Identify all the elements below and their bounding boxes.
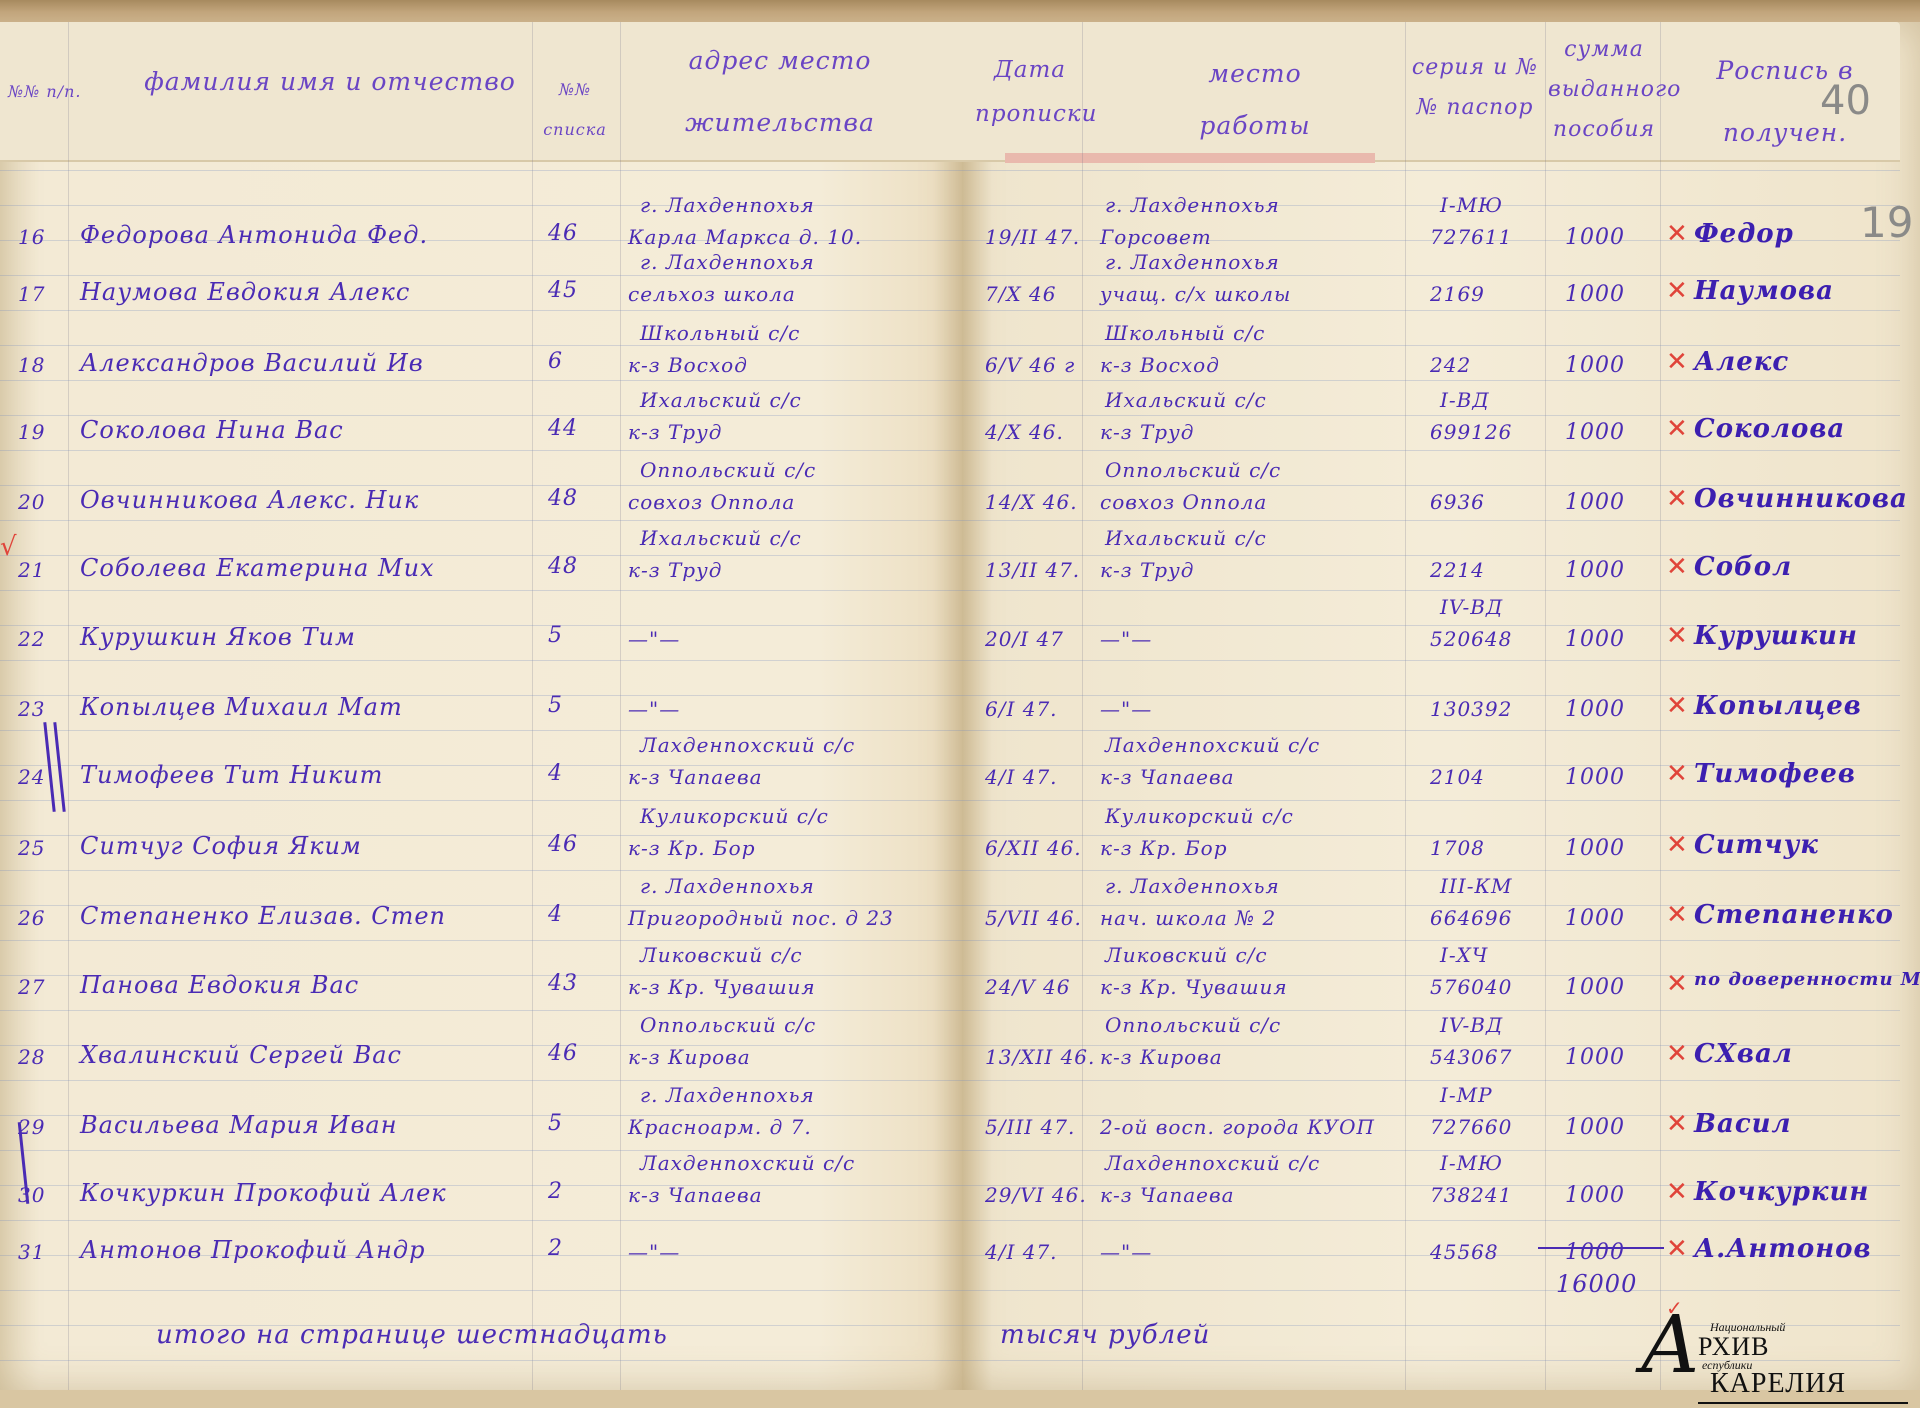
- address-line-2: —"—: [628, 697, 680, 721]
- row-number: 16: [18, 225, 45, 249]
- recipient-signature: Наумова: [1694, 276, 1834, 306]
- workplace-line-2: к-з Чапаева: [1100, 765, 1235, 789]
- workplace-line-1: Куликорский с/с: [1105, 804, 1294, 828]
- passport-number: 664696: [1430, 906, 1512, 930]
- list-number: 6: [548, 349, 563, 374]
- registration-date: 6/I 47.: [985, 697, 1058, 721]
- header-workplace: место работы: [1170, 48, 1340, 152]
- ruled-line: [0, 450, 1900, 451]
- recipient-signature: Кочкуркин: [1694, 1177, 1869, 1207]
- archive-logo-quill-line: [1698, 1402, 1908, 1404]
- passport-number: 2104: [1430, 765, 1485, 789]
- list-number: 5: [548, 693, 563, 718]
- address-line-1: Школьный с/с: [640, 321, 800, 345]
- address-line-1: Куликорский с/с: [640, 804, 829, 828]
- passport-number: 6936: [1430, 490, 1485, 514]
- benefit-amount: 1000: [1565, 975, 1625, 1000]
- workplace-line-2: к-з Восход: [1100, 353, 1220, 377]
- workplace-line-1: Школьный с/с: [1105, 321, 1265, 345]
- benefit-amount: 1000: [1565, 353, 1625, 378]
- red-x-mark: ✕: [1666, 759, 1688, 789]
- person-name: Степаненко Елизав. Степ: [80, 902, 446, 930]
- workplace-line-2: учащ. с/х школы: [1100, 282, 1291, 306]
- passport-series: IV-ВД: [1440, 1013, 1503, 1037]
- recipient-signature: Тимофеев: [1694, 759, 1856, 789]
- benefit-amount: 1000: [1565, 627, 1625, 652]
- red-x-mark: ✕: [1666, 969, 1688, 999]
- workplace-line-2: нач. школа № 2: [1100, 906, 1276, 930]
- benefit-amount: 1000: [1565, 282, 1625, 307]
- recipient-signature: Копылцев: [1694, 691, 1862, 721]
- address-line-1: г. Лахденпохья: [640, 1083, 815, 1107]
- passport-series: I-МР: [1440, 1083, 1493, 1107]
- row-number: 30: [18, 1183, 45, 1207]
- workplace-line-2: к-з Труд: [1100, 558, 1194, 582]
- person-name: Антонов Прокофий Андр: [80, 1236, 425, 1264]
- address-line-2: —"—: [628, 627, 680, 651]
- address-line-1: Ликовский с/с: [640, 943, 803, 967]
- red-x-mark: ✕: [1666, 830, 1688, 860]
- passport-series: III-КМ: [1440, 874, 1512, 898]
- benefit-amount: 1000: [1565, 420, 1625, 445]
- passport-series: I-МЮ: [1440, 193, 1503, 217]
- red-x-mark: ✕: [1666, 347, 1688, 377]
- recipient-signature: Овчинникова: [1694, 484, 1908, 514]
- list-number: 48: [548, 486, 578, 511]
- row-number: 31: [18, 1240, 45, 1264]
- row-number: 20: [18, 490, 45, 514]
- person-name: Александров Василий Ив: [80, 349, 424, 377]
- recipient-signature: Соколова: [1694, 414, 1845, 444]
- workplace-line-1: Ихальский с/с: [1105, 388, 1267, 412]
- total-underline: [1538, 1247, 1664, 1249]
- benefit-amount: 1000: [1565, 697, 1625, 722]
- row-number: 19: [18, 420, 45, 444]
- header-list-no: №№ списка: [530, 70, 620, 150]
- benefit-amount: 1000: [1565, 836, 1625, 861]
- address-line-1: Ихальский с/с: [640, 388, 802, 412]
- registration-date: 5/III 47.: [985, 1115, 1075, 1139]
- person-name: Ситчуг София Яким: [80, 832, 362, 860]
- person-name: Наумова Евдокия Алекс: [80, 278, 410, 306]
- recipient-signature: СХвал: [1694, 1039, 1793, 1069]
- workplace-line-2: к-з Кр. Чувашия: [1100, 975, 1288, 999]
- red-check-mark-row-21: √: [0, 532, 17, 562]
- address-line-1: г. Лахденпохья: [640, 250, 815, 274]
- address-line-2: к-з Чапаева: [628, 765, 763, 789]
- ruled-line: [0, 205, 1900, 206]
- red-x-mark: ✕: [1666, 900, 1688, 930]
- person-name: Соболева Екатерина Мих: [80, 554, 435, 582]
- red-x-mark: ✕: [1666, 1039, 1688, 1069]
- row-number: 25: [18, 836, 45, 860]
- list-number: 46: [548, 1041, 578, 1066]
- workplace-line-1: г. Лахденпохья: [1105, 193, 1280, 217]
- registration-date: 4/I 47.: [985, 765, 1058, 789]
- row-number: 17: [18, 282, 45, 306]
- workplace-line-1: Лахденпохский с/с: [1105, 1151, 1320, 1175]
- header-num: №№ п/п.: [8, 82, 81, 101]
- archive-logo-initial: А: [1640, 1298, 1701, 1391]
- row-number: 26: [18, 906, 45, 930]
- header-amount: сумма выданного пособия: [1548, 30, 1660, 150]
- recipient-signature: по доверенности Мартовинос: [1694, 969, 1920, 990]
- ruled-line: [0, 1010, 1900, 1011]
- row-number: 23: [18, 697, 45, 721]
- red-x-mark: ✕: [1666, 621, 1688, 651]
- benefit-amount: 1000: [1565, 765, 1625, 790]
- ruled-line: [0, 310, 1900, 311]
- passport-number: 1708: [1430, 836, 1485, 860]
- person-name: Соколова Нина Вас: [80, 416, 344, 444]
- passport-number: 520648: [1430, 627, 1512, 651]
- red-x-mark: ✕: [1666, 1109, 1688, 1139]
- workplace-line-2: 2-ой восп. города КУОП: [1100, 1115, 1375, 1139]
- workplace-line-1: г. Лахденпохья: [1105, 874, 1280, 898]
- list-number: 2: [548, 1236, 563, 1261]
- registration-date: 5/VII 46.: [985, 906, 1082, 930]
- address-line-2: к-з Кирова: [628, 1045, 751, 1069]
- benefit-amount: 1000: [1565, 490, 1625, 515]
- header-name: фамилия имя и отчество: [140, 58, 520, 106]
- list-number: 46: [548, 221, 578, 246]
- recipient-signature: Курушкин: [1694, 621, 1858, 651]
- passport-number: 576040: [1430, 975, 1512, 999]
- person-name: Хвалинский Сергей Вас: [80, 1041, 402, 1069]
- ruled-line: [0, 170, 1900, 171]
- ruled-line: [0, 275, 1900, 276]
- ruled-line: [0, 1360, 1900, 1361]
- red-x-mark: ✕: [1666, 484, 1688, 514]
- person-name: Курушкин Яков Тим: [80, 623, 356, 651]
- workplace-line-2: Горсовет: [1100, 225, 1212, 249]
- workplace-line-2: —"—: [1100, 697, 1152, 721]
- registration-date: 14/X 46.: [985, 490, 1078, 514]
- workplace-line-1: г. Лахденпохья: [1105, 250, 1280, 274]
- header-reg-date: Дата прописки: [975, 48, 1085, 136]
- list-number: 2: [548, 1179, 563, 1204]
- archive-logo: А Национальный РХИВ еспублики КАРЕЛИЯ: [1640, 1310, 1910, 1405]
- ruled-line: [0, 1220, 1900, 1221]
- recipient-signature: Васил: [1694, 1109, 1792, 1139]
- person-name: Панова Евдокия Вас: [80, 971, 359, 999]
- ruled-line: [0, 940, 1900, 941]
- address-line-1: Лахденпохский с/с: [640, 1151, 855, 1175]
- address-line-2: сельхоз школа: [628, 282, 796, 306]
- ruled-line: [0, 590, 1900, 591]
- passport-series: IV-ВД: [1440, 595, 1503, 619]
- passport-number: 2169: [1430, 282, 1485, 306]
- passport-number: 130392: [1430, 697, 1512, 721]
- list-number: 48: [548, 554, 578, 579]
- row-number: 27: [18, 975, 45, 999]
- workplace-line-2: к-з Кр. Бор: [1100, 836, 1228, 860]
- passport-number: 699126: [1430, 420, 1512, 444]
- archive-logo-line4: КАРЕЛИЯ: [1710, 1368, 1846, 1400]
- address-line-2: к-з Восход: [628, 353, 748, 377]
- address-line-2: —"—: [628, 1240, 680, 1264]
- benefit-amount: 1000: [1565, 1183, 1625, 1208]
- passport-series: I-МЮ: [1440, 1151, 1503, 1175]
- person-name: Овчинникова Алекс. Ник: [80, 486, 419, 514]
- recipient-signature: Алекс: [1694, 347, 1789, 377]
- benefit-amount: 1000: [1565, 558, 1625, 583]
- red-x-mark: ✕: [1666, 414, 1688, 444]
- ruled-line: [0, 870, 1900, 871]
- benefit-amount: 1000: [1565, 1045, 1625, 1070]
- address-line-2: Пригородный пос. д 23: [628, 906, 894, 930]
- workplace-line-1: Оппольский с/с: [1105, 1013, 1281, 1037]
- registration-date: 24/V 46: [985, 975, 1070, 999]
- address-line-2: Красноарм. д 7.: [628, 1115, 812, 1139]
- header-address: адрес место жительства: [640, 30, 920, 154]
- list-number: 44: [548, 416, 578, 441]
- ruled-line: [0, 730, 1900, 731]
- ruled-line: [0, 800, 1900, 801]
- ruled-line: [0, 345, 1900, 346]
- pink-paper-tab: [1005, 153, 1375, 163]
- recipient-signature: Степаненко: [1694, 900, 1894, 930]
- workplace-line-2: —"—: [1100, 1240, 1152, 1264]
- registration-date: 6/V 46 г: [985, 353, 1075, 377]
- passport-series: I-ВД: [1440, 388, 1490, 412]
- list-number: 43: [548, 971, 578, 996]
- registration-date: 7/X 46: [985, 282, 1057, 306]
- address-line-1: Оппольский с/с: [640, 458, 816, 482]
- workplace-line-2: к-з Кирова: [1100, 1045, 1223, 1069]
- passport-number: 2214: [1430, 558, 1485, 582]
- red-x-mark: ✕: [1666, 1177, 1688, 1207]
- address-line-1: Лахденпохский с/с: [640, 733, 855, 757]
- person-name: Васильева Мария Иван: [80, 1111, 398, 1139]
- address-line-2: к-з Труд: [628, 558, 722, 582]
- row-number: 18: [18, 353, 45, 377]
- row-number: 28: [18, 1045, 45, 1069]
- person-name: Копылцев Михаил Мат: [80, 693, 403, 721]
- red-x-mark: ✕: [1666, 219, 1688, 249]
- workplace-line-1: Лахденпохский с/с: [1105, 733, 1320, 757]
- passport-number: 242: [1430, 353, 1471, 377]
- row-number: 22: [18, 627, 45, 651]
- red-x-mark: ✕: [1666, 1234, 1688, 1264]
- total-amount: 16000: [1556, 1270, 1637, 1298]
- list-number: 4: [548, 761, 563, 786]
- registration-date: 4/X 46.: [985, 420, 1064, 444]
- workplace-line-2: совхоз Оппола: [1100, 490, 1267, 514]
- passport-number: 727660: [1430, 1115, 1512, 1139]
- passport-number: 543067: [1430, 1045, 1512, 1069]
- workplace-line-2: к-з Чапаева: [1100, 1183, 1235, 1207]
- registration-date: 4/I 47.: [985, 1240, 1058, 1264]
- registration-date: 20/I 47: [985, 627, 1064, 651]
- list-number: 4: [548, 902, 563, 927]
- address-line-1: Оппольский с/с: [640, 1013, 816, 1037]
- address-line-2: к-з Чапаева: [628, 1183, 763, 1207]
- passport-series: I-ХЧ: [1440, 943, 1488, 967]
- red-x-mark: ✕: [1666, 691, 1688, 721]
- address-line-2: Карла Маркса д. 10.: [628, 225, 862, 249]
- recipient-signature: Федор: [1694, 219, 1794, 249]
- pencil-corner-number: 40: [1820, 78, 1871, 124]
- recipient-signature: Собол: [1694, 552, 1792, 582]
- ruled-line: [0, 1080, 1900, 1081]
- registration-date: 29/VI 46.: [985, 1183, 1087, 1207]
- ruled-line: [0, 520, 1900, 521]
- registration-date: 6/XII 46.: [985, 836, 1082, 860]
- benefit-amount: 1000: [1565, 1240, 1625, 1265]
- passport-number: 727611: [1430, 225, 1512, 249]
- person-name: Федорова Антонида Фед.: [80, 221, 428, 249]
- list-number: 5: [548, 1111, 563, 1136]
- registration-date: 19/II 47.: [985, 225, 1080, 249]
- person-name: Тимофеев Тит Никит: [80, 761, 383, 789]
- red-x-mark: ✕: [1666, 552, 1688, 582]
- list-number: 45: [548, 278, 578, 303]
- red-x-mark: ✕: [1666, 276, 1688, 306]
- workplace-line-1: Оппольский с/с: [1105, 458, 1281, 482]
- address-line-2: к-з Кр. Бор: [628, 836, 756, 860]
- address-line-2: к-з Кр. Чувашия: [628, 975, 816, 999]
- ruled-line: [0, 660, 1900, 661]
- ruled-line: [0, 380, 1900, 381]
- address-line-1: Ихальский с/с: [640, 526, 802, 550]
- footer-total-words-right: тысяч рублей: [1000, 1320, 1210, 1350]
- recipient-signature: А.Антонов: [1694, 1234, 1872, 1264]
- list-number: 46: [548, 832, 578, 857]
- row-number: 21: [18, 558, 45, 582]
- benefit-amount: 1000: [1565, 906, 1625, 931]
- benefit-amount: 1000: [1565, 1115, 1625, 1140]
- benefit-amount: 1000: [1565, 225, 1625, 250]
- row-number: 24: [18, 765, 45, 789]
- passport-number: 45568: [1430, 1240, 1499, 1264]
- header-passport: серия и №№ паспор: [1410, 48, 1540, 128]
- address-line-1: г. Лахденпохья: [640, 193, 815, 217]
- recipient-signature: Ситчук: [1694, 830, 1819, 860]
- ruled-line: [0, 1150, 1900, 1151]
- pencil-page-number: 19: [1860, 198, 1913, 247]
- footer-total-words-left: итого на странице шестнадцать: [156, 1320, 668, 1350]
- workplace-line-1: Ихальский с/с: [1105, 526, 1267, 550]
- passport-number: 738241: [1430, 1183, 1512, 1207]
- address-line-2: к-з Труд: [628, 420, 722, 444]
- person-name: Кочкуркин Прокофий Алек: [80, 1179, 447, 1207]
- registration-date: 13/XII 46.: [985, 1045, 1095, 1069]
- workplace-line-2: —"—: [1100, 627, 1152, 651]
- address-line-1: г. Лахденпохья: [640, 874, 815, 898]
- workplace-line-1: Ликовский с/с: [1105, 943, 1268, 967]
- address-line-2: совхоз Оппола: [628, 490, 795, 514]
- list-number: 5: [548, 623, 563, 648]
- workplace-line-2: к-з Труд: [1100, 420, 1194, 444]
- registration-date: 13/II 47.: [985, 558, 1080, 582]
